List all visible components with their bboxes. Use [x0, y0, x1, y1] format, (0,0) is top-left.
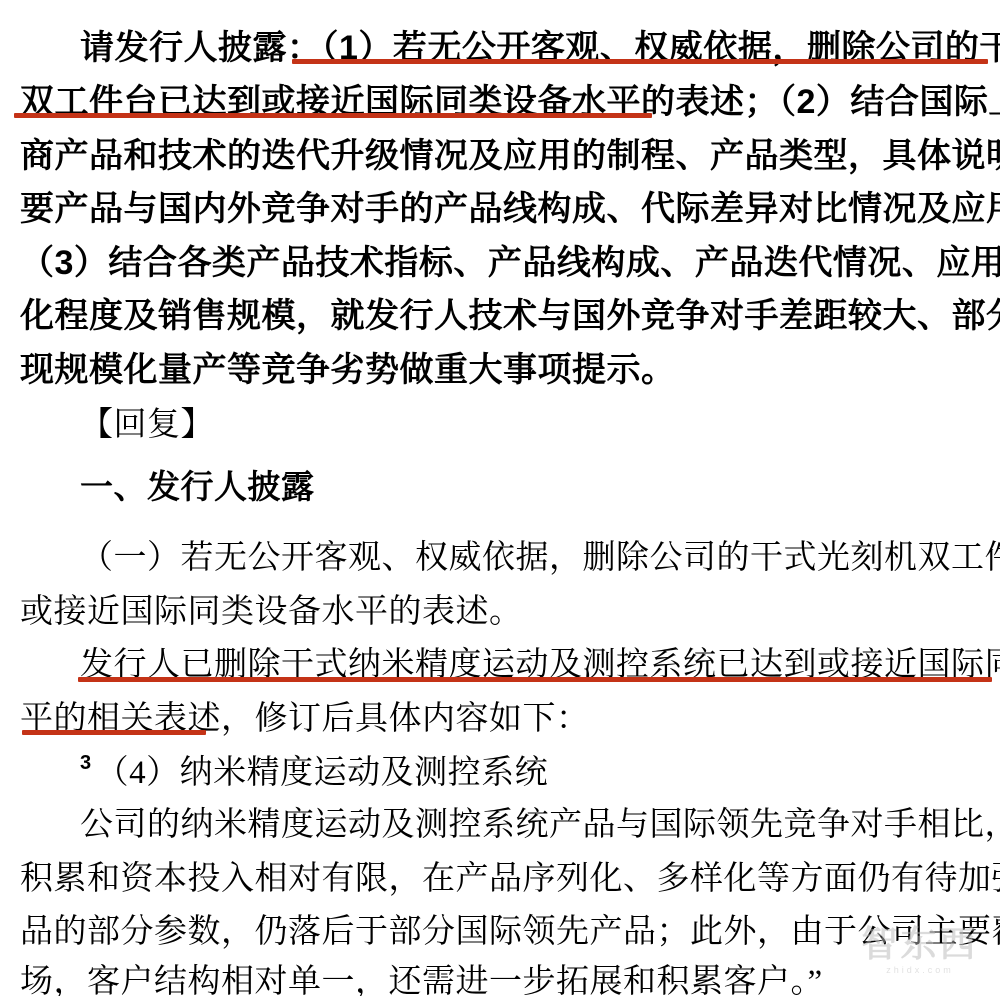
- document-page: 请发行人披露：（1）若无公开客观、权威依据，删除公司的干式光刻机 双工件台已达到…: [0, 0, 1000, 996]
- question-line: 化程度及销售规模，就发行人技术与国外竞争对手差距较大、部分产品尚未实: [20, 288, 1000, 337]
- question-line: 商产品和技术的迭代升级情况及应用的制程、产品类型，具体说明发行人各主: [20, 128, 1000, 177]
- paragraph-line: 品的部分参数，仍落后于部分国际领先产品；此外，由于公司主要覆盖中国市: [20, 905, 1000, 952]
- footnote-marker: 3: [80, 752, 92, 774]
- watermark-url: zhidx.com: [845, 965, 995, 975]
- red-underline: [22, 730, 206, 735]
- question-line: 要产品与国内外竞争对手的产品线构成、代际差异对比情况及应用领域区别；: [20, 181, 1000, 230]
- section-heading: 一、发行人披露: [80, 461, 315, 508]
- reply-label: 【回复】: [80, 398, 214, 445]
- paragraph-line: （一）若无公开客观、权威依据，删除公司的干式光刻机双工件台已达到: [80, 531, 1000, 578]
- question-line: （3）结合各类产品技术指标、产品线构成、产品迭代情况、应用领域、产业: [20, 235, 1000, 284]
- paragraph-line: 场，客户结构相对单一，还需进一步拓展和积累客户。”: [20, 955, 823, 996]
- item-heading: 3（4）纳米精度运动及测控系统: [80, 746, 548, 793]
- question-line: 现规模化量产等竞争劣势做重大事项提示。: [20, 342, 676, 391]
- red-underline: [78, 677, 992, 682]
- red-underline: [292, 59, 988, 64]
- paragraph-line: 公司的纳米精度运动及测控系统产品与国际领先竞争对手相比，由于经验: [80, 798, 1000, 845]
- item-heading-text: （4）纳米精度运动及测控系统: [96, 755, 549, 791]
- red-underline: [14, 113, 652, 118]
- paragraph-line: 积累和资本投入相对有限，在产品序列化、多样化等方面仍有待加强；公司产: [20, 852, 1000, 899]
- paragraph-line: 或接近国际同类设备水平的表述。: [20, 585, 523, 632]
